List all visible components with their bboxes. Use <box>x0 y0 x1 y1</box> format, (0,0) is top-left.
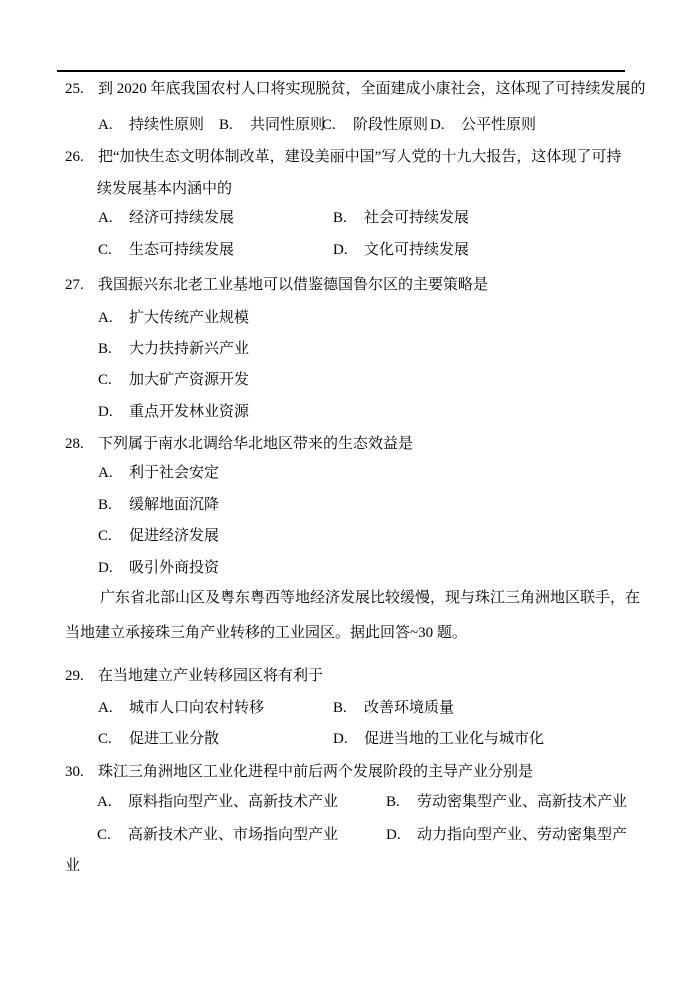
option-text: 原料指向型产业、高新技术产业 <box>128 794 338 810</box>
question-28-option-d: D.吸引外商投资 <box>98 558 219 578</box>
option-label: B. <box>333 208 364 228</box>
question-30-option-d-wrap: 业 <box>65 856 80 876</box>
option-text: 公平性原则 <box>461 117 536 133</box>
option-label: B. <box>386 792 417 812</box>
question-27-option-b: B.大力扶持新兴产业 <box>98 339 249 359</box>
question-30-option-c: C.高新技术产业、市场指向型产业 <box>97 825 386 845</box>
passage-line2: 当地建立承接珠三角产业转移的工业园区。据此回答~30 题。 <box>65 623 467 643</box>
option-text: 重点开发林业资源 <box>129 404 249 420</box>
option-label: D. <box>98 558 129 578</box>
question-26-option-d: D.文化可持续发展 <box>333 240 469 260</box>
option-label: C. <box>98 370 129 390</box>
option-text: 加大矿产资源开发 <box>129 372 249 388</box>
question-25-option-d: D.公平性原则 <box>430 115 536 135</box>
question-29-number: 29. <box>65 666 98 686</box>
option-label: A. <box>97 792 128 812</box>
question-30-options-ab: A.原料指向型产业、高新技术产业B.劳动密集型产业、高新技术产业 <box>97 792 627 812</box>
option-label: D. <box>386 825 417 845</box>
option-label: C. <box>322 115 353 135</box>
passage-line1: 广东省北部山区及粤东粤西等地经济发展比较缓慢，现与珠江三角洲地区联手，在 <box>100 588 640 608</box>
question-25-number: 25. <box>65 79 98 99</box>
option-label: B. <box>333 698 364 718</box>
question-30-option-b: B.劳动密集型产业、高新技术产业 <box>386 792 627 812</box>
question-30-option-d: D.动力指向型产业、劳动密集型产 <box>386 825 627 845</box>
option-text: 城市人口向农村转移 <box>129 700 264 716</box>
question-25-stem: 25.到 2020 年底我国农村人口将实现脱贫，全面建成小康社会，这体现了可持续… <box>65 79 646 99</box>
option-label: A. <box>98 463 129 483</box>
document-page: 25.到 2020 年底我国农村人口将实现脱贫，全面建成小康社会，这体现了可持续… <box>0 0 696 983</box>
question-28-option-a: A.利于社会安定 <box>98 463 219 483</box>
question-28-stem: 28.下列属于南水北调给华北地区带来的生态效益是 <box>65 434 413 454</box>
question-26-option-a: A.经济可持续发展 <box>98 208 333 228</box>
question-26-number: 26. <box>65 147 98 167</box>
option-label: A. <box>98 308 129 328</box>
question-26-option-b: B.社会可持续发展 <box>333 208 469 228</box>
question-29-option-d: D.促进当地的工业化与城市化 <box>333 729 544 749</box>
question-25-options: A.持续性原则B.共同性原则C.阶段性原则D.公平性原则 <box>98 115 536 135</box>
question-26-stem-line2: 续发展基本内涵中的 <box>97 179 232 199</box>
option-label: C. <box>98 526 129 546</box>
question-29-options-ab: A.城市人口向农村转移B.改善环境质量 <box>98 698 454 718</box>
option-text: 劳动密集型产业、高新技术产业 <box>417 794 627 810</box>
option-text: 扩大传统产业规模 <box>129 310 249 326</box>
option-text: 生态可持续发展 <box>129 242 234 258</box>
option-text: 动力指向型产业、劳动密集型产 <box>417 827 627 843</box>
question-28-stem-text: 下列属于南水北调给华北地区带来的生态效益是 <box>98 436 413 452</box>
question-27-option-d: D.重点开发林业资源 <box>98 402 249 422</box>
option-text: 缓解地面沉降 <box>129 497 219 513</box>
question-28-option-b: B.缓解地面沉降 <box>98 495 219 515</box>
question-30-stem: 30.珠江三角洲地区工业化进程中前后两个发展阶段的主导产业分别是 <box>65 762 533 782</box>
question-28-option-c: C.促进经济发展 <box>98 526 219 546</box>
option-text: 文化可持续发展 <box>364 242 469 258</box>
question-25-option-a: A.持续性原则 <box>98 115 219 135</box>
option-label: D. <box>98 402 129 422</box>
option-label: D. <box>333 729 364 749</box>
option-text: 高新技术产业、市场指向型产业 <box>128 827 338 843</box>
option-label: B. <box>98 495 129 515</box>
option-label: C. <box>97 825 128 845</box>
option-text: 利于社会安定 <box>129 465 219 481</box>
question-27-stem-text: 我国振兴东北老工业基地可以借鉴德国鲁尔区的主要策略是 <box>98 277 488 293</box>
question-29-option-a: A.城市人口向农村转移 <box>98 698 333 718</box>
question-29-stem-text: 在当地建立产业转移园区将有利于 <box>98 668 323 684</box>
option-label: A. <box>98 115 129 135</box>
question-30-stem-text: 珠江三角洲地区工业化进程中前后两个发展阶段的主导产业分别是 <box>98 764 533 780</box>
question-26-stem: 26.把“加快生态文明体制改革，建设美丽中国”写人党的十九大报告，这体现了可持 <box>65 147 621 167</box>
option-label: C. <box>98 729 129 749</box>
question-26-stem-text: 把“加快生态文明体制改革，建设美丽中国”写人党的十九大报告，这体现了可持 <box>98 149 621 165</box>
question-30-number: 30. <box>65 762 98 782</box>
question-29-options-cd: C.促进工业分散D.促进当地的工业化与城市化 <box>98 729 544 749</box>
question-29-option-c: C.促进工业分散 <box>98 729 333 749</box>
question-26-options-cd: C.生态可持续发展D.文化可持续发展 <box>98 240 469 260</box>
question-27-option-c: C.加大矿产资源开发 <box>98 370 249 390</box>
question-29-stem: 29.在当地建立产业转移园区将有利于 <box>65 666 323 686</box>
option-label: A. <box>98 698 129 718</box>
question-27-option-a: A.扩大传统产业规模 <box>98 308 249 328</box>
option-label: A. <box>98 208 129 228</box>
option-label: B. <box>98 339 129 359</box>
question-25-stem-text: 到 2020 年底我国农村人口将实现脱贫，全面建成小康社会，这体现了可持续发展的 <box>98 81 646 97</box>
option-text: 阶段性原则 <box>353 117 428 133</box>
option-label: D. <box>430 115 461 135</box>
question-26-options-ab: A.经济可持续发展B.社会可持续发展 <box>98 208 469 228</box>
option-text: 促进当地的工业化与城市化 <box>364 731 544 747</box>
option-text: 促进工业分散 <box>129 731 219 747</box>
option-label: D. <box>333 240 364 260</box>
question-30-options-cd: C.高新技术产业、市场指向型产业D.动力指向型产业、劳动密集型产 <box>97 825 627 845</box>
option-text: 促进经济发展 <box>129 528 219 544</box>
question-30-option-a: A.原料指向型产业、高新技术产业 <box>97 792 386 812</box>
option-text: 持续性原则 <box>129 117 204 133</box>
question-29-option-b: B.改善环境质量 <box>333 698 454 718</box>
option-text: 大力扶持新兴产业 <box>129 341 249 357</box>
header-rule <box>57 70 625 72</box>
question-27-number: 27. <box>65 275 98 295</box>
option-label: C. <box>98 240 129 260</box>
option-text: 吸引外商投资 <box>129 560 219 576</box>
question-25-option-c: C.阶段性原则 <box>322 115 430 135</box>
question-25-option-b: B.共同性原则 <box>219 115 322 135</box>
option-text: 改善环境质量 <box>364 700 454 716</box>
option-text: 社会可持续发展 <box>364 210 469 226</box>
option-text: 经济可持续发展 <box>129 210 234 226</box>
question-28-number: 28. <box>65 434 98 454</box>
question-26-option-c: C.生态可持续发展 <box>98 240 333 260</box>
option-text: 共同性原则 <box>250 117 325 133</box>
question-27-stem: 27.我国振兴东北老工业基地可以借鉴德国鲁尔区的主要策略是 <box>65 275 488 295</box>
option-label: B. <box>219 115 250 135</box>
